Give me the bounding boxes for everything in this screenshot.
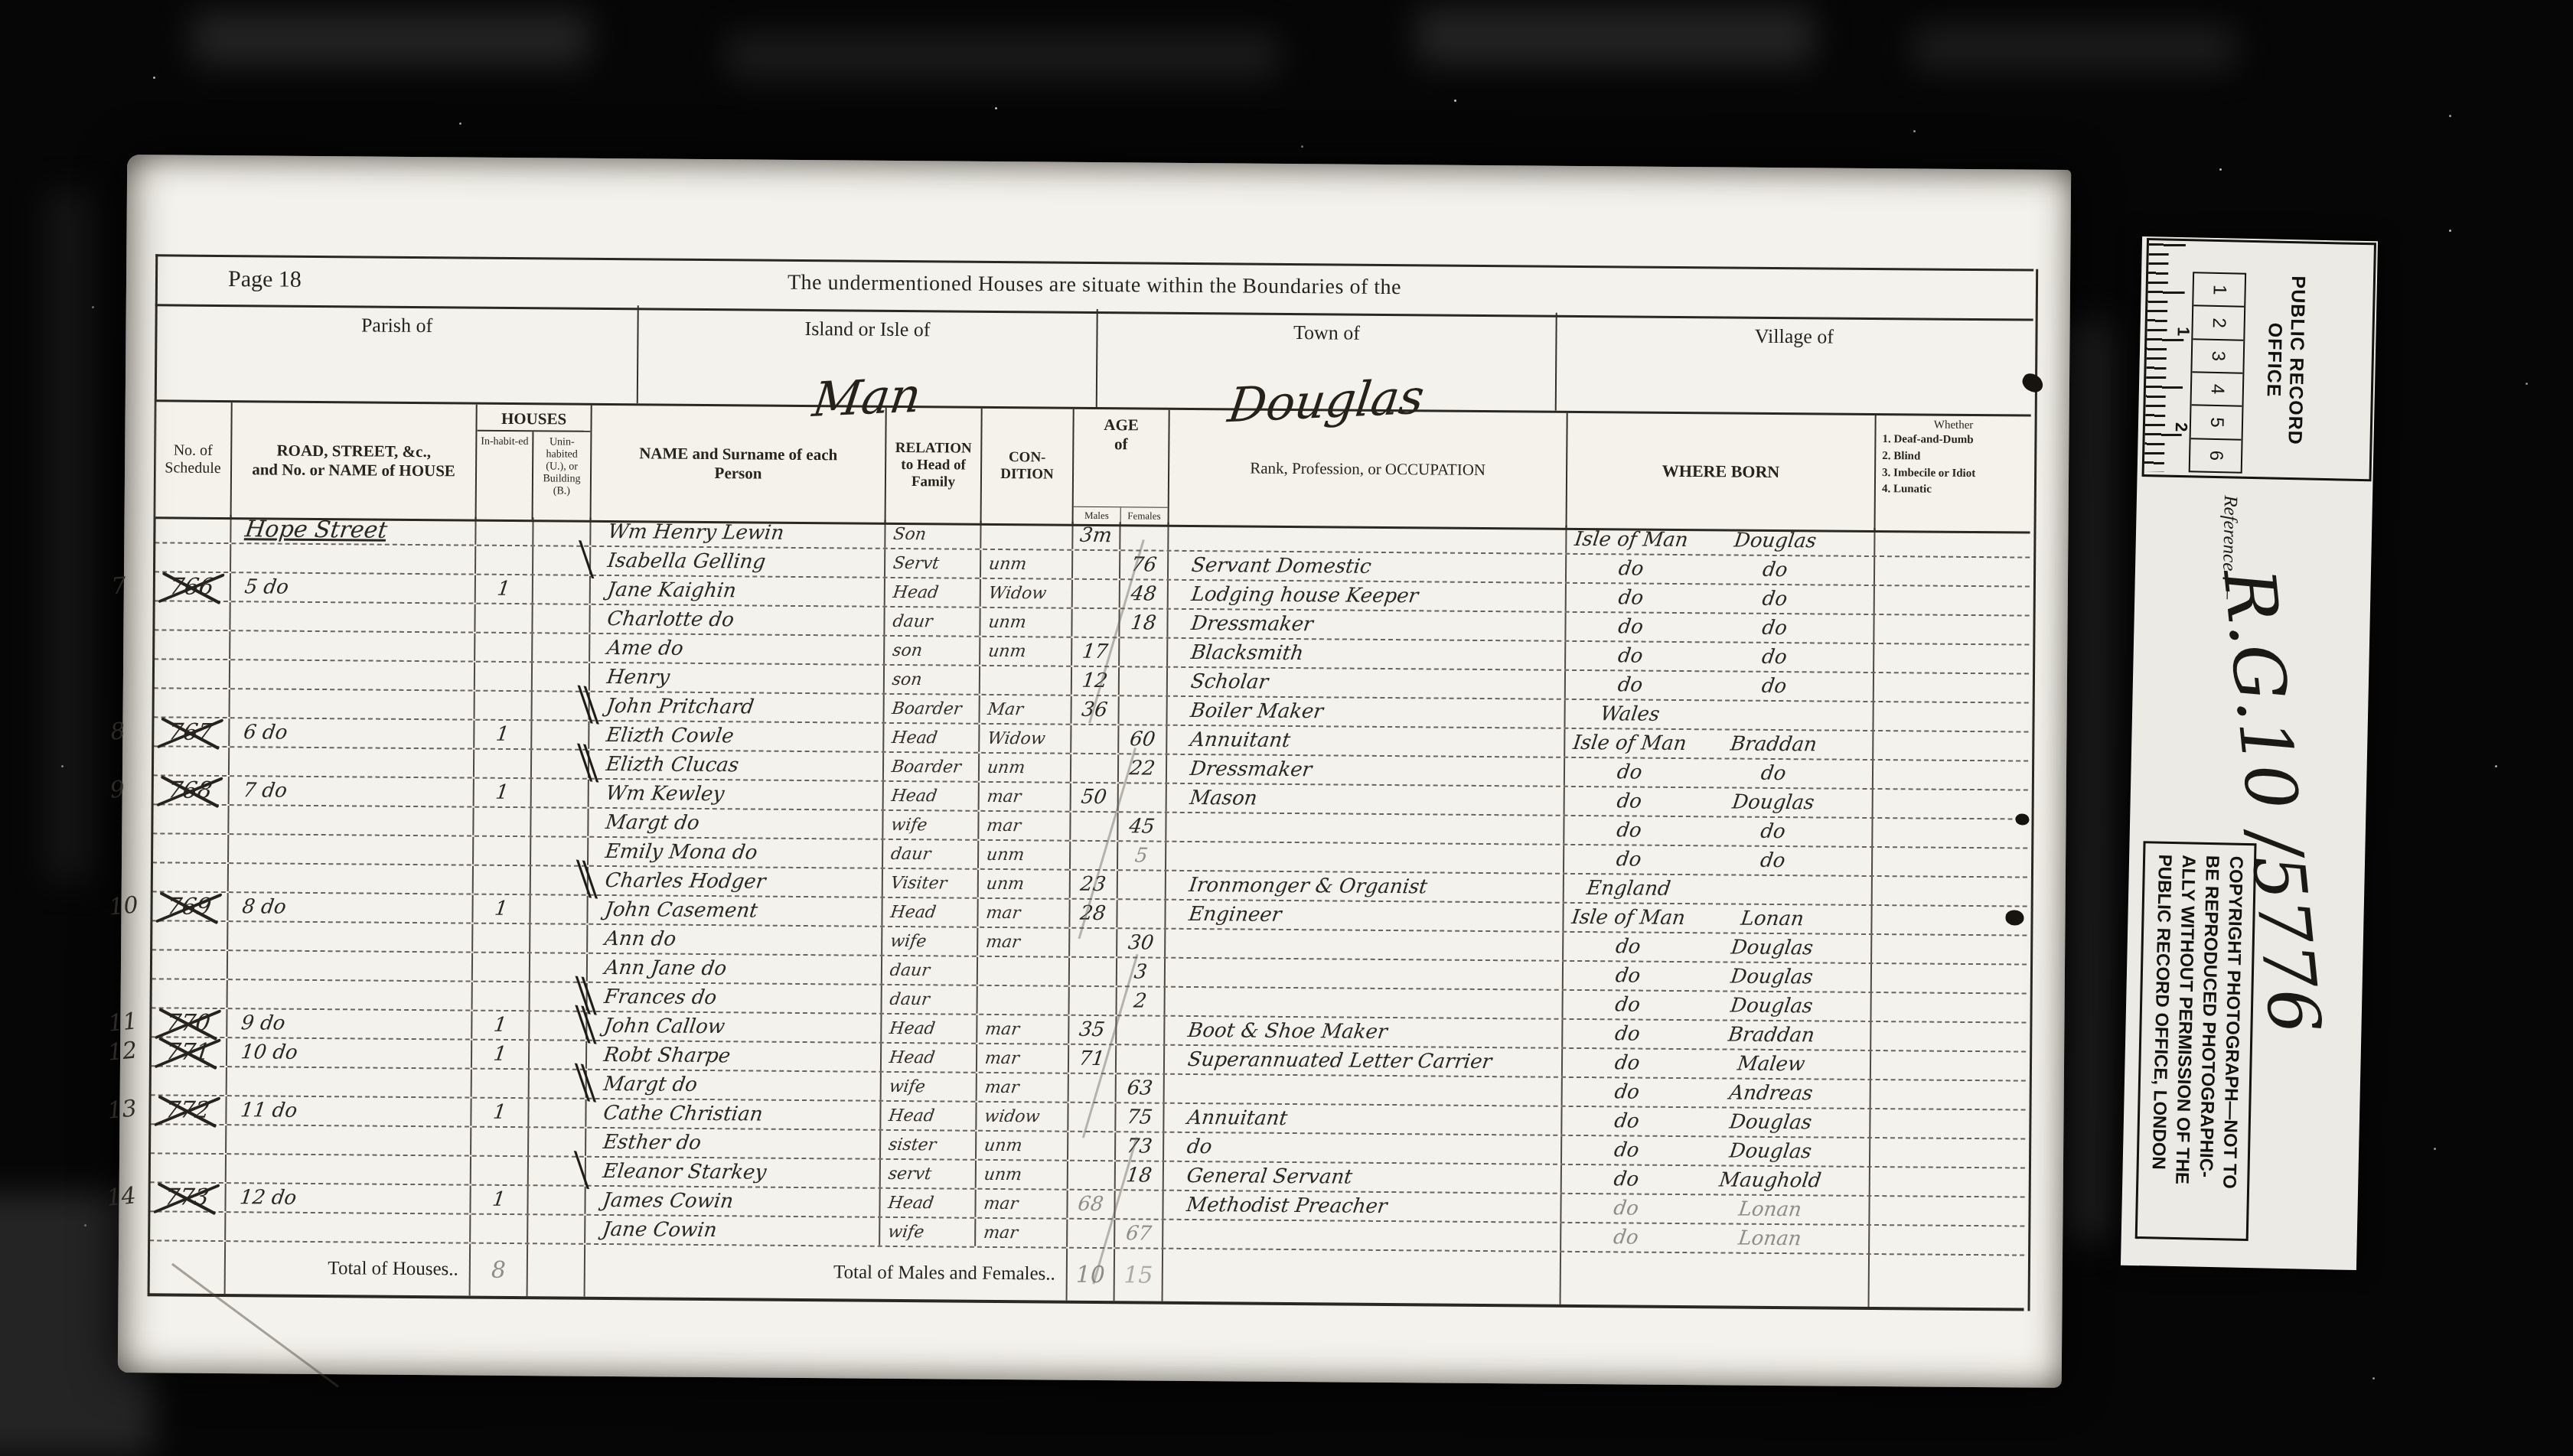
cell-condition: unm: [981, 550, 1073, 578]
cell-condition: mar: [977, 1015, 1069, 1044]
cell-age-female: 73: [1116, 1132, 1164, 1160]
cell-age-female: [1119, 696, 1167, 724]
cell-occupation: [1165, 1075, 1563, 1106]
cell-schedule: [154, 689, 230, 717]
cell-age-female: 18: [1120, 609, 1168, 637]
cell-infirmity: [1870, 1226, 2024, 1255]
cell-schedule: [152, 921, 228, 949]
header-inhabited: In-habit-ed: [477, 432, 534, 520]
cell-inhabited: [472, 1070, 530, 1098]
cell-where-born: doMalew: [1563, 1049, 1871, 1079]
cell-infirmity: [1872, 935, 2027, 964]
cell-where-born: doDouglas: [1562, 1107, 1870, 1137]
cell-inhabited: [471, 1215, 528, 1243]
ruler-inch-number: 1: [2173, 327, 2193, 337]
cell-condition: mar: [979, 812, 1071, 840]
copyright-box: COPYRIGHT PHOTOGRAPH—NOT TOBE REPRODUCED…: [2135, 841, 2257, 1241]
cell-condition: unm: [977, 1132, 1068, 1160]
cell-relation: daur: [882, 956, 978, 985]
pro-office-title: PUBLIC RECORD OFFICE: [2261, 243, 2310, 477]
cell-age-male: [1071, 842, 1118, 869]
cell-infirmity: [1872, 906, 2027, 935]
cell-age-female: [1120, 638, 1168, 666]
scan-noise-band: [46, 191, 92, 880]
cell-where-born: doAndreas: [1563, 1078, 1871, 1108]
cell-name: Robt Sharpe: [587, 1041, 882, 1071]
cell-road: [230, 689, 475, 719]
cell-uninhabited: [531, 808, 589, 836]
cell-where-born: Isle of ManBraddan: [1565, 729, 1873, 759]
cell-condition: mar: [976, 1219, 1068, 1247]
margin-schedule-number: 14: [106, 1182, 137, 1212]
cell-where-born: dodo: [1567, 555, 1875, 585]
cell-age-male: [1070, 929, 1117, 956]
cell-occupation: Boiler Maker: [1167, 697, 1565, 728]
cell-inhabited: 1: [476, 575, 533, 604]
crossed-schedule-number: 766: [164, 573, 220, 601]
cell-schedule: [155, 514, 231, 542]
cell-schedule: [152, 834, 229, 862]
cell-age-male: 3m: [1073, 522, 1120, 549]
header-schedule: No. of Schedule: [155, 402, 233, 517]
cell-where-born: Isle of ManDouglas: [1567, 526, 1875, 555]
cell-road: 5 do: [231, 573, 476, 603]
cell-schedule: [155, 543, 231, 572]
cell-where-born: dodo: [1564, 845, 1873, 875]
cell-infirmity: [1870, 1138, 2025, 1168]
cell-uninhabited: [528, 1215, 585, 1243]
cell-condition: unm: [980, 637, 1072, 666]
cell-occupation: Scholar: [1168, 668, 1566, 699]
total-females-value: 15: [1115, 1249, 1164, 1301]
ink-blot: [2015, 813, 2029, 825]
cell-inhabited: [474, 808, 531, 836]
cell-condition: unm: [979, 870, 1071, 898]
cell-condition: [978, 957, 1070, 985]
header-uninhabited: Unin-habited (U.), or Building (B.): [533, 432, 591, 520]
scan-noise-band: [191, 11, 589, 65]
cell-name: Wm Henry Lewin: [591, 518, 885, 548]
cell-name: ╲Eleanor Starkey: [586, 1158, 881, 1187]
cell-road: 10 do: [227, 1038, 472, 1068]
cell-condition: unm: [980, 754, 1071, 782]
margin-schedule-number: 10: [108, 891, 139, 921]
cell-age-female: 5: [1118, 842, 1166, 869]
area-label: Town of: [1097, 320, 1555, 347]
dust-speckles: [153, 77, 155, 79]
cell-name: ╲╲Elizth Clucas: [589, 751, 884, 780]
cell-schedule: 7 766: [155, 572, 231, 601]
totals-blank: [1561, 1252, 1870, 1307]
cell-schedule: [150, 1154, 227, 1182]
cell-schedule: 9 768: [153, 776, 230, 804]
cell-relation: Head: [885, 578, 981, 607]
cell-where-born: doDouglas: [1563, 991, 1871, 1021]
cell-age-female: 63: [1117, 1074, 1165, 1102]
cell-age-male: 68: [1068, 1191, 1115, 1218]
ruler-cell-number: 2: [2193, 307, 2244, 341]
cell-schedule: 13 772: [150, 1096, 227, 1124]
cell-inhabited: 1: [472, 1041, 530, 1069]
cell-schedule: 10 769: [152, 892, 228, 920]
cell-road: 7 do: [230, 777, 474, 806]
header-infirmities: Whether 1. Deaf-and-Dumb2. Blind3. Imbec…: [1876, 415, 2031, 532]
cell-where-born: doLonan: [1561, 1194, 1870, 1224]
cell-condition: Widow: [980, 725, 1071, 753]
cell-schedule: [152, 950, 228, 979]
cell-name: Emily Mona do: [589, 838, 883, 868]
cell-uninhabited: [530, 924, 588, 953]
cell-road: 9 do: [227, 1009, 472, 1039]
total-houses-value: 8: [471, 1244, 529, 1297]
cell-infirmity: [1873, 761, 2028, 790]
cell-name: Jane Kaighin: [591, 576, 885, 606]
cell-age-female: [1117, 900, 1166, 927]
cell-age-female: [1119, 783, 1167, 811]
cell-age-female: 60: [1119, 725, 1167, 753]
ink-blot: [2005, 910, 2024, 925]
cell-name: Margt do: [589, 809, 883, 839]
cell-occupation: Lodging house Keeper: [1169, 581, 1567, 611]
cell-condition: unm: [977, 1161, 1068, 1189]
cell-age-female: 3: [1117, 958, 1166, 985]
cell-inhabited: 1: [472, 1011, 530, 1040]
cell-age-female: 76: [1120, 551, 1169, 578]
cell-condition: mar: [976, 1190, 1068, 1218]
cell-infirmity: [1870, 1168, 2025, 1197]
cell-road: 6 do: [230, 718, 474, 748]
cell-occupation: [1166, 813, 1564, 844]
total-males-number: 10: [1076, 1261, 1105, 1288]
cell-relation: wife: [883, 811, 979, 839]
cell-relation: Servt: [885, 549, 981, 578]
cell-infirmity: [1871, 993, 2026, 1022]
cell-relation: daur: [883, 840, 979, 868]
cell-infirmity: [1873, 790, 2028, 819]
cell-age-female: [1115, 1191, 1163, 1218]
total-houses-number: 8: [491, 1256, 506, 1283]
area-label: Village of: [1557, 324, 2031, 350]
cell-inhabited: [473, 953, 530, 982]
cell-age-female: 45: [1118, 813, 1166, 840]
scan-noise-band: [1416, 8, 1814, 65]
cell-condition: mar: [978, 899, 1070, 927]
cell-occupation: Ironmonger & Organist: [1166, 871, 1564, 902]
cell-schedule: 11 770: [151, 1008, 227, 1037]
cell-schedule: 12 771: [151, 1037, 227, 1066]
cell-schedule: [154, 630, 230, 659]
cell-occupation: Blacksmith: [1168, 639, 1566, 669]
infirm-item: 4. Lunatic: [1882, 481, 1975, 499]
cell-inhabited: [474, 837, 531, 865]
cell-infirmity: [1870, 1109, 2025, 1138]
cell-age-male: [1071, 754, 1119, 782]
cell-occupation: [1166, 930, 1564, 960]
total-males-value: 10: [1068, 1249, 1116, 1301]
area-label: Island or Isle of: [638, 316, 1096, 343]
cell-occupation: Boot & Shoe Maker: [1165, 1017, 1563, 1047]
cell-occupation: [1163, 1220, 1561, 1251]
cell-relation: Head: [884, 724, 980, 752]
cell-uninhabited: [533, 604, 590, 633]
cell-occupation: Dressmaker: [1167, 755, 1565, 786]
cell-where-born: doDouglas: [1564, 933, 1872, 963]
cell-age-male: [1068, 1132, 1116, 1160]
cell-schedule: [153, 747, 230, 775]
crossed-schedule-number: 772: [160, 1096, 217, 1124]
cell-name: Jane Cowin: [585, 1216, 880, 1246]
cell-road: [229, 835, 474, 865]
cell-inhabited: [476, 517, 533, 546]
margin-schedule-number: 9: [109, 776, 126, 804]
cell-relation: Head: [884, 782, 980, 810]
cell-where-born: doDouglas: [1562, 1136, 1870, 1166]
cell-age-female: 30: [1117, 929, 1166, 956]
infirm-item: 2. Blind: [1882, 448, 1975, 466]
cell-relation: wife: [880, 1218, 976, 1246]
cell-condition: mar: [980, 783, 1071, 811]
cell-occupation: Annuitant: [1167, 726, 1565, 757]
cell-inhabited: [475, 663, 533, 691]
cell-name: Esther do: [586, 1129, 881, 1158]
boundary-band: Parish of Island or Isle of Man Town of …: [156, 301, 2032, 414]
cell-infirmity: [1872, 964, 2027, 993]
total-persons-label: Total of Males and Females..: [585, 1245, 1068, 1301]
cell-schedule: [150, 1125, 227, 1153]
cell-occupation: [1166, 959, 1564, 989]
ruler-cell-number: 5: [2191, 406, 2242, 441]
cell-infirmity: [1873, 702, 2028, 731]
margin-schedule-number: 13: [106, 1095, 138, 1125]
cell-inhabited: 1: [474, 779, 532, 807]
cell-occupation: Dressmaker: [1168, 610, 1566, 640]
area-label: Parish of: [156, 312, 637, 339]
cell-road: [226, 1213, 471, 1243]
cell-name: Ann Jane do: [588, 954, 882, 984]
cell-occupation: [1165, 988, 1563, 1018]
cell-where-born: doDouglas: [1565, 787, 1873, 817]
cell-inhabited: [475, 634, 533, 662]
cell-schedule: [154, 660, 230, 688]
cell-age-male: [1070, 958, 1117, 985]
totals-blank: [528, 1244, 586, 1297]
header-condition: CON- DITION: [982, 409, 1075, 524]
cell-name: Wm Kewley: [589, 780, 884, 809]
cell-infirmity: [1870, 1197, 2024, 1226]
cell-road: [230, 748, 474, 777]
cell-where-born: dodo: [1564, 816, 1873, 846]
cell-infirmity: [1874, 615, 2029, 644]
cell-inhabited: [476, 546, 533, 575]
header-relation: RELATION to Head of Family: [886, 408, 983, 523]
cell-occupation: Engineer: [1166, 901, 1564, 931]
cell-name: ╲╲John Callow: [587, 1012, 882, 1042]
cell-road: [227, 1067, 472, 1097]
cell-inhabited: 1: [474, 721, 532, 749]
cell-where-born: Isle of ManLonan: [1564, 904, 1872, 933]
cell-age-male: [1072, 609, 1120, 637]
cell-occupation: [1166, 842, 1564, 873]
cell-age-male: [1073, 580, 1120, 607]
cell-where-born: England: [1564, 875, 1873, 904]
cell-age-male: 50: [1071, 783, 1119, 811]
cell-schedule: [154, 601, 230, 630]
cell-where-born: dodo: [1566, 613, 1874, 643]
cell-uninhabited: [528, 1186, 585, 1214]
cell-age-male: [1071, 725, 1119, 753]
cell-infirmity: [1871, 1022, 2026, 1051]
cell-infirmity: [1871, 1051, 2026, 1080]
total-houses-label: Total of Houses..: [226, 1242, 471, 1296]
cell-where-born: dodo: [1566, 671, 1874, 701]
cell-where-born: doDouglas: [1564, 962, 1872, 992]
cell-condition: widow: [977, 1103, 1068, 1131]
cell-age-male: [1070, 987, 1117, 1015]
cell-condition: mar: [977, 1044, 1069, 1073]
cell-relation: son: [885, 666, 980, 694]
cell-condition: mar: [978, 928, 1070, 956]
header-where-born: WHERE BORN: [1567, 413, 1877, 530]
header-houses-group: HOUSES: [477, 409, 590, 432]
cell-age-male: 28: [1070, 900, 1117, 927]
cell-road: [230, 602, 475, 632]
ruler-cell-number: 4: [2191, 373, 2242, 407]
cell-inhabited: [475, 692, 533, 720]
cell-uninhabited: [530, 895, 588, 923]
cell-relation: Head: [880, 1189, 976, 1217]
census-page: Page 18 The undermentioned Houses are si…: [118, 155, 2071, 1388]
header-houses: HOUSES In-habit-ed Unin-habited (U.), or…: [477, 405, 592, 520]
cell-inhabited: [474, 866, 531, 894]
cell-name: Elizth Cowle: [589, 721, 884, 751]
margin-schedule-number: 11: [107, 1008, 139, 1037]
cell-age-female: [1120, 667, 1168, 695]
cell-road: [229, 806, 474, 835]
cell-road: 11 do: [227, 1096, 471, 1126]
cell-name: ╲╲Margt do: [587, 1070, 882, 1100]
cell-age-female: 75: [1116, 1103, 1164, 1131]
cell-infirmity: [1873, 877, 2027, 906]
cell-occupation: Annuitant: [1164, 1104, 1562, 1135]
cell-road: [229, 864, 474, 894]
cell-schedule: 14 773: [149, 1183, 226, 1211]
cell-infirmity: [1873, 848, 2027, 877]
cell-where-born: Wales: [1565, 700, 1873, 730]
cell-road: [227, 1155, 471, 1184]
cell-road: [227, 1125, 471, 1155]
pro-stamp-inner: PUBLIC RECORD OFFICE 123456 12 Reference…: [2121, 236, 2378, 1270]
cell-schedule: 8 767: [153, 718, 230, 746]
cell-road: [228, 980, 473, 1010]
cell-relation: Boarder: [884, 695, 980, 723]
photo-background: Page 18 The undermentioned Houses are si…: [0, 0, 2573, 1456]
cell-infirmity: [1875, 586, 2030, 615]
cell-age-female: [1117, 1045, 1165, 1073]
cell-condition: [978, 986, 1070, 1015]
cell-relation: Head: [882, 1044, 977, 1072]
cell-where-born: doMaughold: [1562, 1165, 1870, 1195]
cell-road: 12 do: [226, 1184, 471, 1213]
cell-age-female: 67: [1115, 1220, 1163, 1247]
cell-name: ╲╲Charles Hodger: [589, 867, 883, 897]
scan-noise-band: [1913, 27, 2235, 69]
ruler-inch-number: 2: [2171, 422, 2191, 432]
area-parish: Parish of: [156, 301, 639, 403]
scan-noise-band: [727, 34, 1278, 77]
cell-age-male: [1069, 1074, 1117, 1102]
ruler-cell-number: 6: [2190, 439, 2242, 472]
ruler: PUBLIC RECORD OFFICE 123456 12: [2142, 238, 2376, 481]
cell-where-born: dodo: [1567, 584, 1875, 614]
infirm-list: 1. Deaf-and-Dumb2. Blind3. Imbecile or I…: [1882, 432, 1976, 499]
cell-relation: sister: [881, 1131, 977, 1159]
area-island: Island or Isle of Man: [638, 305, 1098, 407]
cell-name: Ann do: [588, 925, 882, 955]
cell-relation: Head: [882, 898, 978, 927]
cell-inhabited: [473, 982, 530, 1011]
cell-infirmity: [1873, 819, 2027, 848]
cell-occupation: General Servant: [1164, 1162, 1562, 1193]
cell-occupation: Mason: [1167, 784, 1565, 815]
cell-age-female: [1117, 1016, 1165, 1044]
cell-uninhabited: [529, 1099, 586, 1127]
cell-age-male: 35: [1069, 1016, 1117, 1044]
cell-name: John Casement: [588, 896, 882, 926]
cell-name: ╲╲Frances do: [588, 983, 882, 1013]
cell-age-male: [1073, 551, 1120, 578]
margin-schedule-number: 8: [109, 718, 126, 746]
cell-road: [230, 660, 475, 690]
cell-where-born: doBraddan: [1563, 1020, 1871, 1050]
cell-where-born: dodo: [1565, 758, 1873, 788]
cell-relation: wife: [882, 1073, 977, 1101]
cell-inhabited: [473, 924, 530, 953]
pro-stamp-strip: PUBLIC RECORD OFFICE 123456 12 Reference…: [2121, 236, 2378, 1270]
infirm-item: 3. Imbecile or Idiot: [1882, 465, 1975, 483]
cell-where-born: dodo: [1566, 642, 1874, 672]
cell-occupation: Superannuated Letter Carrier: [1165, 1046, 1563, 1077]
cell-occupation: do: [1164, 1133, 1562, 1164]
header-road: ROAD, STREET, &c., and No. or NAME of HO…: [232, 402, 478, 520]
cell-road: 8 do: [228, 893, 473, 923]
cell-inhabited: 1: [473, 895, 530, 923]
cell-schedule: [151, 1067, 227, 1095]
cell-name: ╲╲John Pritchard: [590, 692, 885, 722]
cell-name: Henry: [590, 663, 885, 693]
crossed-schedule-number: 771: [160, 1038, 217, 1066]
cell-road: [228, 951, 473, 981]
totals-blank: [1163, 1249, 1562, 1305]
ruler-cells: 123456: [2189, 272, 2246, 473]
crossed-schedule-number: 767: [162, 718, 219, 746]
cell-name: James Cowin: [585, 1187, 880, 1217]
cell-relation: Son: [885, 520, 981, 549]
cell-uninhabited: [533, 634, 590, 662]
totals-blank: [149, 1241, 227, 1294]
cell-road: [228, 922, 473, 952]
cell-road: [231, 544, 476, 574]
totals-blank: [1870, 1255, 2025, 1308]
cell-schedule: [152, 863, 229, 891]
cell-condition: Widow: [981, 579, 1073, 607]
cell-relation: daur: [885, 607, 980, 636]
crossed-schedule-number: 770: [160, 1009, 217, 1037]
margin-schedule-number: 7: [110, 572, 127, 601]
cell-schedule: [152, 979, 228, 1008]
cell-occupation: [1169, 523, 1567, 553]
cell-road: [230, 631, 475, 661]
cell-inhabited: [471, 1157, 529, 1185]
